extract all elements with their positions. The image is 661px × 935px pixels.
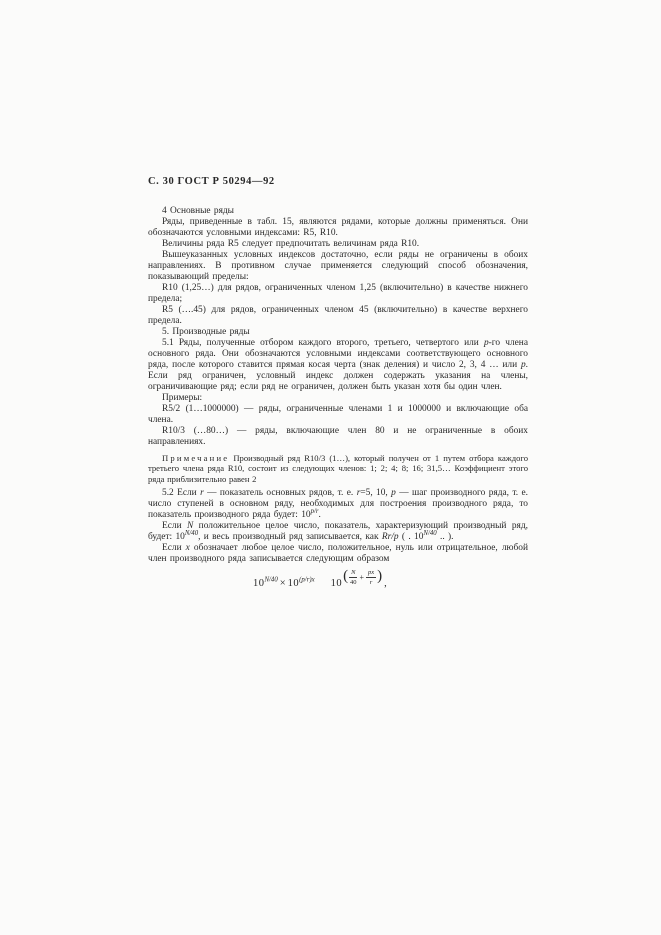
formula-result-base: 10: [331, 578, 343, 589]
formula-trailing-comma: ,: [384, 578, 387, 589]
section4-paragraph-5: R5 (….45) для рядов, ограниченных членом…: [148, 305, 528, 327]
note-paragraph: Примечание Производный ряд R10/3 (1…), к…: [148, 453, 528, 484]
page-content: С. 30 ГОСТ Р 50294—92 4 Основные ряды Ря…: [148, 176, 528, 593]
section4-paragraph-3: Вышеуказанных условных индексов достаточ…: [148, 250, 528, 283]
derived-series-formula: 10N/40×10(p/r)x10(N40+pxr),: [148, 576, 528, 593]
section5-paragraph-51: 5.1 Ряды, полученные отбором каждого вто…: [148, 338, 528, 393]
section5-heading: 5. Производные ряды: [148, 327, 528, 338]
document-page: С. 30 ГОСТ Р 50294—92 4 Основные ряды Ря…: [0, 0, 661, 935]
example-2: R10/3 (…80…) — ряды, включающие член 80 …: [148, 426, 528, 448]
formula-result-exponent: (N40+pxr): [343, 569, 382, 586]
multiplication-sign: ×: [280, 578, 286, 589]
section4-heading: 4 Основные ряды: [148, 206, 528, 217]
section5-paragraph-x: Если x обозначает любое целое число, пол…: [148, 543, 528, 565]
examples-label: Примеры:: [148, 393, 528, 404]
section4-paragraph-4: R10 (1,25…) для рядов, ограниченных член…: [148, 283, 528, 305]
section4-paragraph-2: Величины ряда R5 следует предпочитать ве…: [148, 239, 528, 250]
example-1: R5/2 (1…1000000) — ряды, ограниченные чл…: [148, 404, 528, 426]
left-parenthesis: (: [343, 568, 348, 584]
section4-paragraph-1: Ряды, приведенные в табл. 15, являются р…: [148, 217, 528, 239]
section5-paragraph-52: 5.2 Если r — показатель основных рядов, …: [148, 488, 528, 521]
formula-term1-exponent: N/40: [265, 577, 278, 584]
note-label: Примечание: [162, 453, 229, 463]
formula-term1-base: 10: [253, 578, 265, 589]
formula-term2-base: 10: [288, 578, 300, 589]
right-parenthesis: ): [377, 568, 382, 584]
formula-term2-exponent: (p/r)x: [299, 577, 314, 584]
page-header: С. 30 ГОСТ Р 50294—92: [148, 176, 528, 187]
fraction-n-over-40: N40: [349, 569, 357, 586]
section5-paragraph-n: Если N положительное целое число, показа…: [148, 521, 528, 543]
plus-sign: +: [359, 573, 364, 582]
fraction-px-over-r: pxr: [366, 569, 376, 586]
